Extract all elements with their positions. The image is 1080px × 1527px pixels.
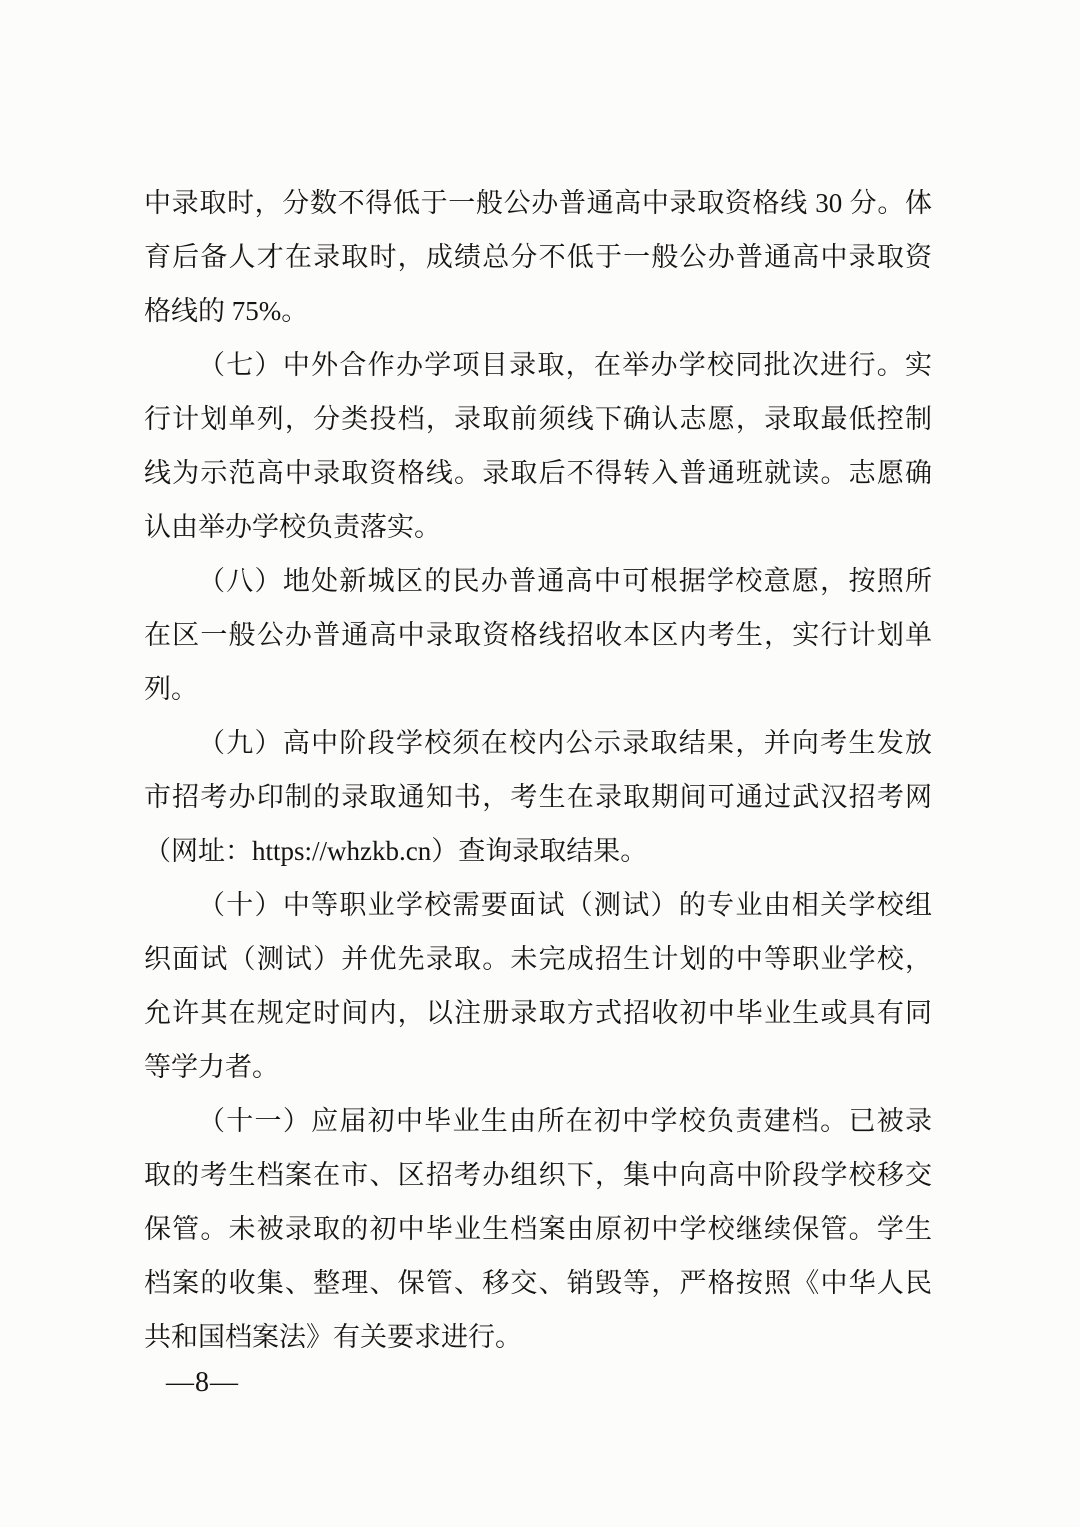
text-line: 市招考办印制的录取通知书，考生在录取期间可通过武汉招考网 <box>144 770 932 824</box>
text-line: 中录取时，分数不得低于一般公办普通高中录取资格线 30 分。体 <box>144 176 932 230</box>
text-line: （网址：https://whzkb.cn）查询录取结果。 <box>144 824 932 878</box>
text-line: 在区一般公办普通高中录取资格线招收本区内考生，实行计划单 <box>144 608 932 662</box>
para-item-11: （十一）应届初中毕业生由所在初中学校负责建档。已被录取的考生档案在市、区招考办组… <box>144 1094 932 1364</box>
text-line: 列。 <box>144 662 932 716</box>
text-line: （十）中等职业学校需要面试（测试）的专业由相关学校组 <box>144 878 932 932</box>
text-line: 格线的 75%。 <box>144 284 932 338</box>
text-line: 认由举办学校负责落实。 <box>144 500 932 554</box>
text-line: 织面试（测试）并优先录取。未完成招生计划的中等职业学校， <box>144 932 932 986</box>
text-line: （十一）应届初中毕业生由所在初中学校负责建档。已被录 <box>144 1094 932 1148</box>
para-item-8: （八）地处新城区的民办普通高中可根据学校意愿，按照所在区一般公办普通高中录取资格… <box>144 554 932 716</box>
text-line: 育后备人才在录取时，成绩总分不低于一般公办普通高中录取资 <box>144 230 932 284</box>
document-page: 中录取时，分数不得低于一般公办普通高中录取资格线 30 分。体育后备人才在录取时… <box>0 0 1080 1527</box>
text-line: （七）中外合作办学项目录取，在举办学校同批次进行。实 <box>144 338 932 392</box>
text-line: 保管。未被录取的初中毕业生档案由原初中学校继续保管。学生 <box>144 1202 932 1256</box>
para-item-7: （七）中外合作办学项目录取，在举办学校同批次进行。实行计划单列，分类投档，录取前… <box>144 338 932 554</box>
text-line: （八）地处新城区的民办普通高中可根据学校意愿，按照所 <box>144 554 932 608</box>
para-item-10: （十）中等职业学校需要面试（测试）的专业由相关学校组织面试（测试）并优先录取。未… <box>144 878 932 1094</box>
text-line: 行计划单列，分类投档，录取前须线下确认志愿，录取最低控制 <box>144 392 932 446</box>
para-continuation: 中录取时，分数不得低于一般公办普通高中录取资格线 30 分。体育后备人才在录取时… <box>144 176 932 338</box>
text-line: 共和国档案法》有关要求进行。 <box>144 1310 932 1364</box>
text-line: 线为示范高中录取资格线。录取后不得转入普通班就读。志愿确 <box>144 446 932 500</box>
text-line: 等学力者。 <box>144 1040 932 1094</box>
text-line: 允许其在规定时间内，以注册录取方式招收初中毕业生或具有同 <box>144 986 932 1040</box>
document-body: 中录取时，分数不得低于一般公办普通高中录取资格线 30 分。体育后备人才在录取时… <box>144 176 932 1364</box>
text-line: （九）高中阶段学校须在校内公示录取结果，并向考生发放 <box>144 716 932 770</box>
text-line: 档案的收集、整理、保管、移交、销毁等，严格按照《中华人民 <box>144 1256 932 1310</box>
para-item-9: （九）高中阶段学校须在校内公示录取结果，并向考生发放市招考办印制的录取通知书，考… <box>144 716 932 878</box>
text-line: 取的考生档案在市、区招考办组织下，集中向高中阶段学校移交 <box>144 1148 932 1202</box>
page-number: —8— <box>166 1366 239 1400</box>
